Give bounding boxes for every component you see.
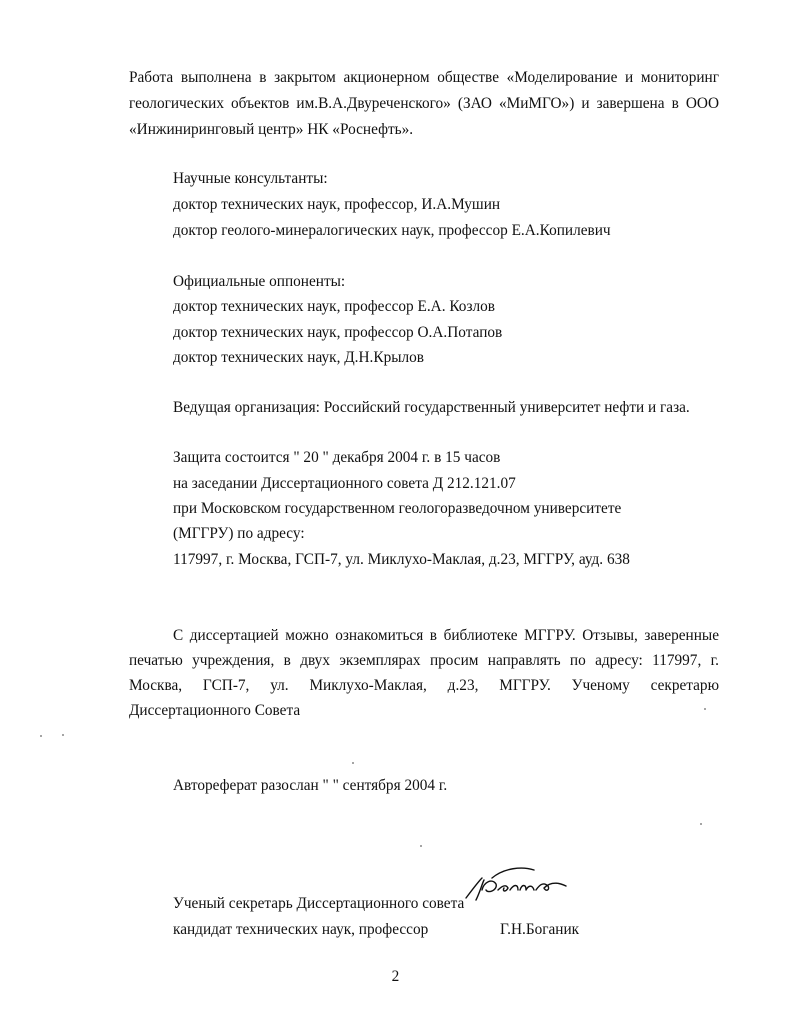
secretary-name: Г.Н.Боганик xyxy=(500,920,579,940)
scan-speck xyxy=(420,845,422,847)
consultant-item: доктор геолого-минералогических наук, пр… xyxy=(173,221,611,241)
scan-speck xyxy=(40,735,42,737)
library-line-1: С диссертацией можно ознакомиться в библ… xyxy=(173,626,719,646)
page-number: 2 xyxy=(0,968,791,986)
intro-line-1: Работа выполнена в закрытом акционерном … xyxy=(129,68,719,88)
scan-speck xyxy=(700,823,702,825)
scan-speck xyxy=(704,708,706,710)
scan-speck xyxy=(352,762,354,764)
consultant-item: доктор технических наук, профессор, И.А.… xyxy=(173,195,500,215)
intro-line-2: геологических объектов им.В.А.Двуреченск… xyxy=(129,94,719,114)
defense-line: Защита состоится " 20 " декабря 2004 г. … xyxy=(173,448,500,468)
secretary-title: Ученый секретарь Диссертационного совета xyxy=(173,894,464,914)
library-line-2: печатью учреждения, в двух экземплярах п… xyxy=(129,651,719,671)
intro-line-3: «Инжиниринговый центр» НК «Роснефть». xyxy=(129,120,413,140)
opponent-item: доктор технических наук, профессор О.А.П… xyxy=(173,323,502,343)
opponents-heading: Официальные оппоненты: xyxy=(173,272,345,292)
leading-organization: Ведущая организация: Российский государс… xyxy=(173,398,690,418)
opponent-item: доктор технических наук, профессор Е.А. … xyxy=(173,297,495,317)
handwritten-signature-icon xyxy=(462,860,572,908)
defense-line: (МГГРУ) по адресу: xyxy=(173,524,305,544)
secretary-degree: кандидат технических наук, профессор xyxy=(173,920,428,940)
abstract-sent-date: Автореферат разослан " " сентября 2004 г… xyxy=(173,776,447,796)
library-line-4: Диссертационного Совета xyxy=(129,701,300,721)
document-page: Работа выполнена в закрытом акционерном … xyxy=(0,0,791,1024)
defense-line: при Московском государственном геологора… xyxy=(173,499,621,519)
library-line-3: Москва, ГСП-7, ул. Миклухо-Маклая, д.23,… xyxy=(129,676,719,696)
defense-line: на заседании Диссертационного совета Д 2… xyxy=(173,474,516,494)
consultants-heading: Научные консультанты: xyxy=(173,169,328,189)
opponent-item: доктор технических наук, Д.Н.Крылов xyxy=(173,348,424,368)
scan-speck xyxy=(62,734,64,736)
defense-address: 117997, г. Москва, ГСП-7, ул. Миклухо-Ма… xyxy=(173,550,630,570)
